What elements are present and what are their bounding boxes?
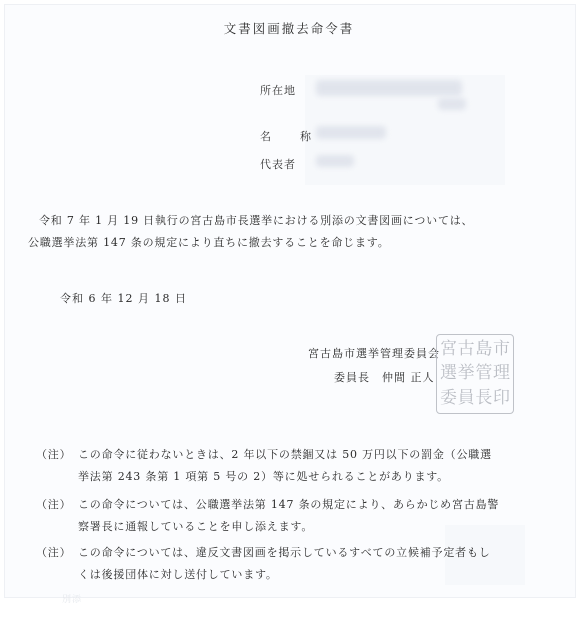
note-marker: （注） [36,444,71,466]
note-marker: （注） [36,494,71,516]
representative-redacted [316,155,354,167]
order-body: 令和 7 年 1 月 19 日執行の宮古島市長選挙における別添の文書図画について… [28,210,558,254]
issuer-organization: 宮古島市選挙管理委員会 [308,345,440,361]
note-line1: この命令に従わないときは、2 年以下の禁錮又は 50 万円以下の罰金（公職選 [36,444,556,466]
seal-char: 委 [440,390,457,407]
issue-date: 令和 6 年 12 月 18 日 [60,290,187,306]
note-line2: 察署長に通報していることを申し添えます。 [36,516,556,538]
issuer-signatory: 委員長 仲間 正人 [334,369,435,385]
note-line2: 挙法第 243 条第 1 項第 5 号の 2）等に処せられることがあります。 [36,466,556,488]
seal-char: 宮 [440,341,457,358]
official-seal-icon: 宮 古 島 市 選 挙 管 理 委 員 長 印 [436,334,514,414]
address-redacted-line2 [438,98,466,110]
seal-char: 長 [475,390,492,407]
seal-char: 市 [493,341,510,358]
order-body-line1: 令和 7 年 1 月 19 日執行の宮古島市長選挙における別添の文書図画について… [28,210,558,232]
seal-char: 挙 [458,365,475,382]
note-penalty: （注） この命令に従わないときは、2 年以下の禁錮又は 50 万円以下の罰金（公… [36,444,556,488]
seal-char: 理 [493,365,510,382]
note-line2: くは後援団体に対し送付しています。 [36,564,556,586]
seal-char: 管 [475,365,492,382]
bleed-through-text: 別添 [62,592,82,605]
seal-char: 員 [458,390,475,407]
seal-char: 島 [475,341,492,358]
address-redacted [316,80,462,96]
address-label: 所在地 [260,82,296,98]
note-marker: （注） [36,542,71,564]
seal-row: 宮 古 島 市 [440,337,510,362]
note-line1: この命令については、公職選挙法第 147 条の規定により、あらかじめ宮古島警 [36,494,556,516]
document-title: 文書図画撤去命令書 [0,19,578,37]
seal-char: 印 [493,390,510,407]
order-body-line2: 公職選挙法第 147 条の規定により直ちに撤去することを命じます。 [28,232,558,254]
seal-row: 委 員 長 印 [440,386,510,411]
note-line1: この命令については、違反文書図画を掲示しているすべての立候補予定者もし [36,542,556,564]
representative-label: 代表者 [260,156,296,172]
name-label: 名 称 [260,128,320,144]
note-distribution: （注） この命令については、違反文書図画を掲示しているすべての立候補予定者もし … [36,542,556,586]
seal-char: 選 [440,365,457,382]
note-police-notification: （注） この命令については、公職選挙法第 147 条の規定により、あらかじめ宮古… [36,494,556,538]
seal-char: 古 [458,341,475,358]
seal-row: 選 挙 管 理 [440,362,510,387]
name-redacted [316,126,386,139]
